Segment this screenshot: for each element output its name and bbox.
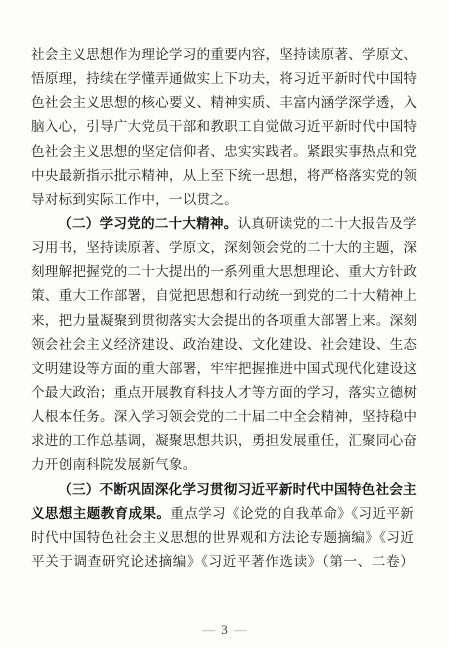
text-line: 个最大政治；重点开展教育科技人才等方面的学习，落实立德树 [31,381,414,405]
body-text: 个最大政治；重点开展教育科技人才等方面的学习，落实立德树 [31,385,417,400]
text-line: 平关于调查研究论述摘编》《习近平著作选读》（第一、二卷） [31,550,414,574]
section-heading-text: （二）学习党的二十大精神。 [58,216,237,231]
text-line: 脑入心，引导广大党员干部和教职工自觉做习近平新时代中国特 [31,115,414,139]
body-text: 社会主义思想作为理论学习的重要内容，坚持读原著、学原文、 [31,47,417,62]
text-line: 时代中国特色社会主义思想的世界观和方法论专题摘编》《习近 [31,526,414,550]
text-line: 悟原理，持续在学懂弄通做实上下功夫，将习近平新时代中国特 [31,67,414,91]
document-page: 社会主义思想作为理论学习的重要内容，坚持读原著、学原文、悟原理，持续在学懂弄通做… [0,0,449,647]
text-line: 来，把力量凝聚到贯彻落实大会提出的各项重大部署上来。深刻 [31,309,414,333]
text-line: 文明建设等方面的重大部署，牢牢把握推进中国式现代化建设这 [31,357,414,381]
body-text: 刻理解把握党的二十大提出的一系列重大思想理论、重大方针政 [31,264,417,279]
body-text: 领会社会主义经济建设、政治建设、文化建设、社会建设、生态 [31,337,417,352]
body-text: 时代中国特色社会主义思想的世界观和方法论专题摘编》《习近 [31,530,414,545]
body-text: 文明建设等方面的重大部署，牢牢把握推进中国式现代化建设这 [31,361,417,376]
text-line: 义思想主题教育成果。重点学习《论党的自我革命》《习近平新 [31,502,414,526]
text-line: 领会社会主义经济建设、政治建设、文化建设、社会建设、生态 [31,333,414,357]
page-number: 3 [221,622,228,637]
page-footer: —3— [0,621,449,639]
body-text: 脑入心，引导广大党员干部和教职工自觉做习近平新时代中国特 [31,119,417,134]
body-text: 求进的工作总基调，凝聚思想共识，勇担发展重任，汇聚同心奋 [31,433,417,448]
body-text: 中央最新指示批示精神，从上至下统一思想，将严格落实党的领 [31,168,417,183]
body-text: 色社会主义思想的核心要义、精神实质、丰富内涵学深学透，入 [31,95,417,110]
text-line: 习用书，坚持读原著、学原文，深刻领会党的二十大的主题，深 [31,236,414,260]
text-line: 策、重大工作部署，自觉把思想和行动统一到党的二十大精神上 [31,284,414,308]
text-line: 社会主义思想作为理论学习的重要内容，坚持读原著、学原文、 [31,43,414,67]
page-body: 社会主义思想作为理论学习的重要内容，坚持读原著、学原文、悟原理，持续在学懂弄通做… [31,43,414,574]
text-line: 导对标到实际工作中，一以贯之。 [31,188,414,212]
body-text: 色社会主义思想的坚定信仰者、忠实实践者。紧跟实事热点和党 [31,144,417,159]
footer-dash-right: — [228,622,253,637]
text-line: 求进的工作总基调，凝聚思想共识，勇担发展重任，汇聚同心奋 [31,429,414,453]
section-heading-text: 义思想主题教育成果。 [31,506,170,521]
body-text: 重点学习《论党的自我革命》《习近平新 [170,506,414,521]
text-line: （三）不断巩固深化学习贯彻习近平新时代中国特色社会主 [31,478,414,502]
text-line: 人根本任务。深入学习领会党的二十届二中全会精神，坚持稳中 [31,405,414,429]
body-text: 力开创南科院发展新气象。 [31,457,197,472]
text-line: 色社会主义思想的核心要义、精神实质、丰富内涵学深学透，入 [31,91,414,115]
text-line: 刻理解把握党的二十大提出的一系列重大思想理论、重大方针政 [31,260,414,284]
text-line: 色社会主义思想的坚定信仰者、忠实实践者。紧跟实事热点和党 [31,140,414,164]
body-text: 习用书，坚持读原著、学原文，深刻领会党的二十大的主题，深 [31,240,417,255]
body-text: 策、重大工作部署，自觉把思想和行动统一到党的二十大精神上 [31,288,417,303]
body-text: 来，把力量凝聚到贯彻落实大会提出的各项重大部署上来。深刻 [31,313,417,328]
section-heading-text: （三）不断巩固深化学习贯彻习近平新时代中国特色社会主 [58,482,417,497]
text-line: 中央最新指示批示精神，从上至下统一思想，将严格落实党的领 [31,164,414,188]
body-text: 平关于调查研究论述摘编》《习近平著作选读》（第一、二卷） [31,554,414,569]
body-text: 悟原理，持续在学懂弄通做实上下功夫，将习近平新时代中国特 [31,71,417,86]
footer-dash-left: — [196,622,221,637]
text-line: （二）学习党的二十大精神。认真研读党的二十大报告及学 [31,212,414,236]
body-text: 认真研读党的二十大报告及学 [238,216,417,231]
body-text: 导对标到实际工作中，一以贯之。 [31,192,238,207]
body-text: 人根本任务。深入学习领会党的二十届二中全会精神，坚持稳中 [31,409,417,424]
text-line: 力开创南科院发展新气象。 [31,453,414,477]
